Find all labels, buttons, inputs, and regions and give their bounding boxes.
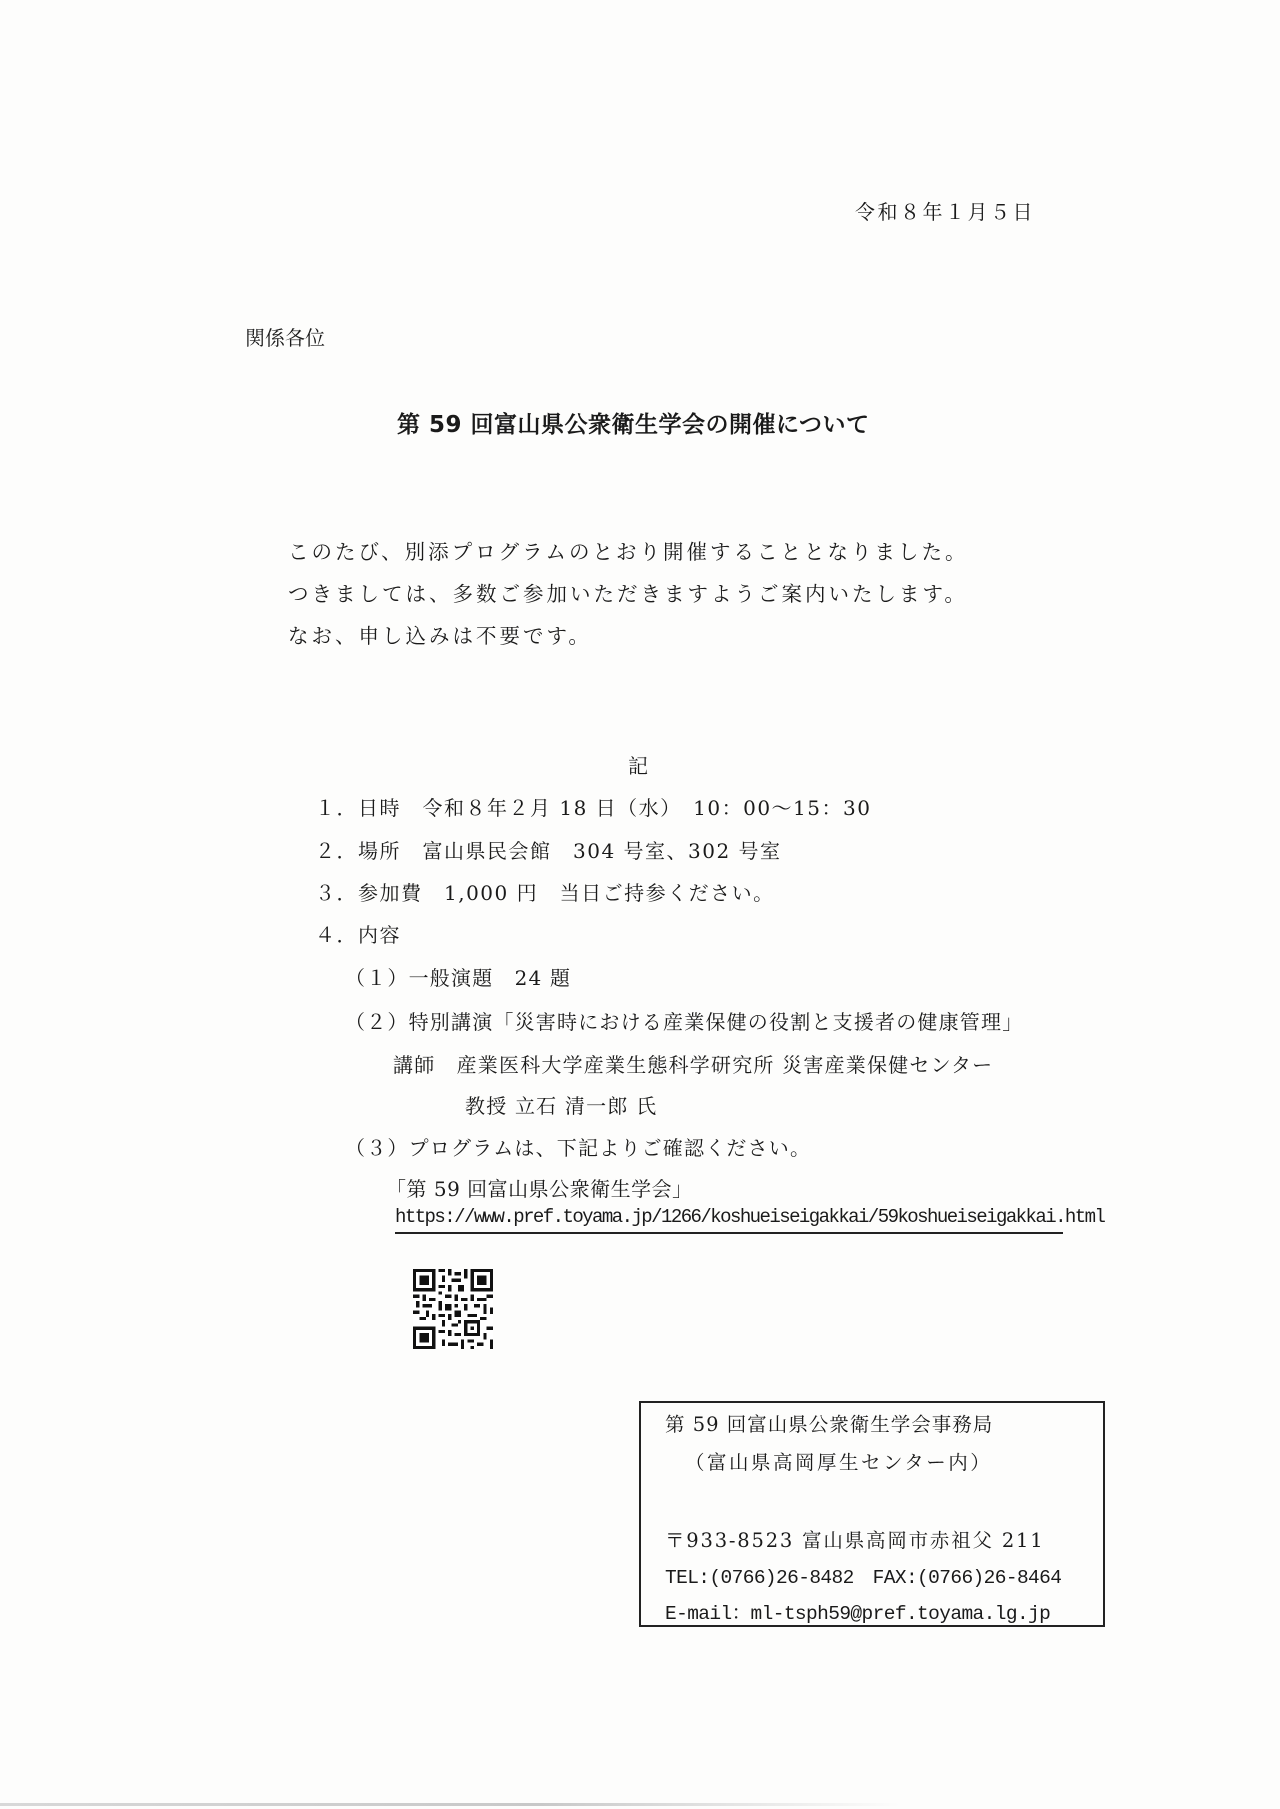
sub-number: （２）: [345, 1010, 409, 1034]
document-title: 第 59 回富山県公衆衛生学会の開催について: [397, 406, 870, 439]
sub-item-general-presentations: （１）一般演題 24 題: [345, 962, 571, 991]
item-number: １．: [315, 796, 358, 820]
office-address: 〒933-8523 富山県高岡市赤祖父 211: [665, 1525, 1044, 1553]
url-underline: [395, 1232, 1063, 1234]
office-tel-fax: TEL:(0766)26-8482 FAX:(0766)26-8464: [665, 1561, 1061, 1589]
item-label: 参加費: [358, 881, 423, 905]
list-item-venue: ２．場所 富山県民会館 304 号室、302 号室: [315, 835, 782, 864]
office-location-note: （富山県高岡厚生センター内）: [685, 1447, 992, 1475]
ki-heading: 記: [628, 750, 650, 779]
sub-text: 一般演題 24 題: [409, 966, 572, 990]
item-value: 令和８年２月 18 日（水） 10：00～15：30: [423, 796, 872, 820]
item-number: ４．: [315, 923, 358, 947]
scan-edge-line: [0, 1803, 900, 1806]
item-value: 富山県民会館 304 号室、302 号室: [423, 839, 782, 863]
document-date: 令和８年１月５日: [855, 196, 1035, 225]
office-name: 第 59 回富山県公衆衛生学会事務局: [665, 1409, 993, 1437]
item-number: ３．: [315, 881, 358, 905]
program-link-title: 「第 59 回富山県公衆衛生学会」: [386, 1173, 693, 1202]
item-number: ２．: [315, 839, 358, 863]
sub-item-program: （３）プログラムは、下記よりご確認ください。: [345, 1132, 811, 1161]
item-label: 場所: [358, 839, 401, 863]
lecturer-name: 教授 立石 清一郎 氏: [465, 1090, 657, 1119]
item-value: 1,000 円 当日ご持参ください。: [444, 881, 775, 905]
body-line: つきましては、多数ご参加いただきますようご案内いたします。: [288, 577, 968, 607]
lecturer-affiliation: 産業医科大学産業生態科学研究所 災害産業保健センター: [457, 1053, 994, 1077]
sub-number: （１）: [345, 966, 409, 990]
body-line: なお、申し込みは不要です。: [288, 619, 592, 649]
list-item-datetime: １．日時 令和８年２月 18 日（水） 10：00～15：30: [315, 792, 871, 821]
office-contact-box: 第 59 回富山県公衆衛生学会事務局 （富山県高岡厚生センター内） 〒933-8…: [639, 1401, 1105, 1627]
sub-text: プログラムは、下記よりご確認ください。: [409, 1136, 812, 1160]
office-email[interactable]: E-mail：ml-tsph59@pref.toyama.lg.jp: [665, 1597, 1050, 1625]
lecturer-label: 講師: [393, 1053, 435, 1077]
list-item-fee: ３．参加費 1,000 円 当日ご持参ください。: [315, 877, 775, 906]
body-line: このたび、別添プログラムのとおり開催することとなりました。: [288, 535, 968, 565]
item-label: 日時: [358, 796, 401, 820]
lecturer-line: 講師 産業医科大学産業生態科学研究所 災害産業保健センター: [393, 1049, 993, 1078]
sub-item-special-lecture: （２）特別講演「災害時における産業保健の役割と支援者の健康管理」: [345, 1006, 1023, 1035]
program-url-link[interactable]: https://www.pref.toyama.jp/1266/koshueis…: [395, 1206, 1104, 1228]
addressee: 関係各位: [245, 322, 325, 351]
item-label: 内容: [358, 923, 401, 947]
list-item-contents: ４．内容: [315, 919, 401, 948]
sub-number: （３）: [345, 1136, 409, 1160]
qr-code-icon[interactable]: [413, 1269, 493, 1349]
sub-text: 特別講演「災害時における産業保健の役割と支援者の健康管理」: [409, 1010, 1024, 1034]
